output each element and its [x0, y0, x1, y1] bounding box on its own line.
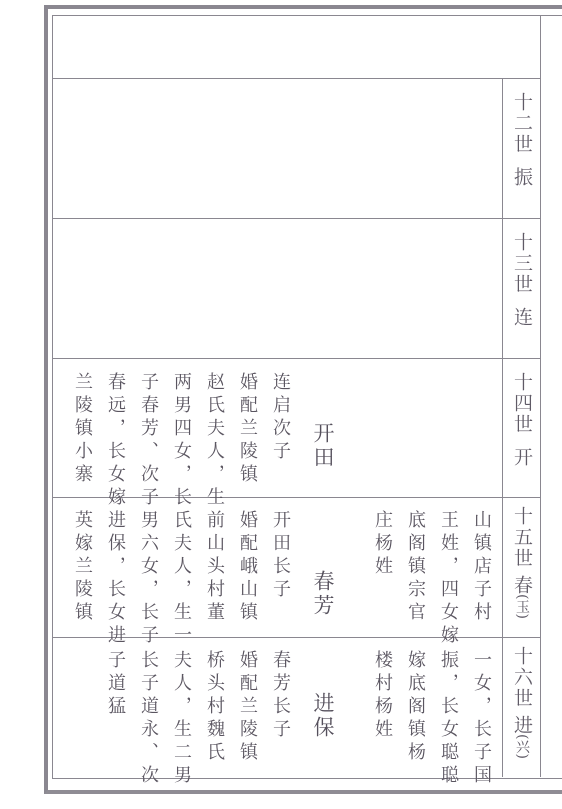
entry-text-column: 开田长子: [256, 510, 289, 602]
person-name: 春芳: [289, 570, 333, 618]
generation-label: 十三世: [512, 232, 531, 295]
generation-name: 进(兴): [512, 715, 531, 759]
entry-text-column: 长子道永、次: [124, 650, 157, 788]
entry-text-column: 连启次子: [256, 372, 289, 464]
entry-text-column: 进保，长女进: [91, 510, 124, 648]
entry-text-column: 婚配兰陵镇: [223, 650, 256, 765]
generation-15: 十五世 春(玉): [503, 506, 540, 636]
entry-text-column: 振，长女聪聪: [424, 650, 457, 788]
entry-kaitian: 开田 连启次子 婚配兰陵镇 赵氏夫人，生 两男四女，长 子春芳、次子 春远，长女…: [58, 372, 333, 510]
entry-text-column: 楼村杨姓: [358, 650, 391, 742]
entry-text-column: 夫人，生二男: [157, 650, 190, 788]
entry-text-column: 男六女，长子: [124, 510, 157, 648]
entry-text-column: 氏夫人，生一: [157, 510, 190, 648]
entry-text-column: 底阁镇宗官: [391, 510, 424, 625]
entry-text-column: 嫁底阁镇杨: [391, 650, 424, 765]
entry-text-column: 英嫁兰陵镇: [58, 510, 91, 625]
entry-text-column: 山镇店子村: [457, 510, 490, 625]
generation-16: 十六世 进(兴): [503, 646, 540, 776]
row-divider-1: [52, 218, 540, 219]
header-row-divider: [52, 78, 540, 79]
entry-text-column: 兰陵镇小寨: [58, 372, 91, 487]
entry-text-column: 赵氏夫人，生: [190, 372, 223, 510]
generation-label: 十二世: [512, 92, 531, 155]
entry-chunfang: 春芳 开田长子 婚配峨山镇 前山头村董 氏夫人，生一 男六女，长子 进保，长女进…: [58, 510, 333, 648]
person-name: 开田: [289, 422, 333, 470]
person-name: 进保: [289, 692, 333, 740]
right-margin-line: [540, 15, 541, 777]
generation-13: 十三世 连: [503, 232, 540, 356]
entry-jinbao: 进保 春芳长子 婚配兰陵镇 桥头村魏氏 夫人，生二男 长子道永、次 子道猛: [91, 650, 333, 788]
generation-label: 十六世: [512, 646, 531, 709]
entry-text-column: 前山头村董: [190, 510, 223, 625]
generation-12: 十二世 振: [503, 92, 540, 216]
entry-text-column: 春芳长子: [256, 650, 289, 742]
generation-14: 十四世 开: [503, 372, 540, 496]
generation-name: 连: [512, 307, 531, 326]
generation-name: 振: [512, 167, 531, 186]
entry-continuation-row16: 一女，长子国 振，长女聪聪 嫁底阁镇杨 楼村杨姓: [358, 650, 490, 788]
entry-text-column: 一女，长子国: [457, 650, 490, 788]
row-divider-2: [52, 358, 540, 359]
generation-name: 春(玉): [512, 575, 531, 619]
entry-text-column: 婚配兰陵镇: [223, 372, 256, 487]
entry-text-column: 子道猛: [91, 650, 124, 719]
entry-text-column: 春远，长女嫁: [91, 372, 124, 510]
entry-text-column: 婚配峨山镇: [223, 510, 256, 625]
entry-text-column: 庄杨姓: [358, 510, 391, 579]
generation-label: 十五世: [512, 506, 531, 569]
header-cell: [53, 16, 539, 77]
entry-continuation-row15: 山镇店子村 王姓，四女嫁 底阁镇宗官 庄杨姓: [358, 510, 490, 648]
entry-text-column: 两男四女，长: [157, 372, 190, 510]
entry-text-column: 桥头村魏氏: [190, 650, 223, 765]
entry-text-column: 王姓，四女嫁: [424, 510, 457, 648]
entry-text-column: 子春芳、次子: [124, 372, 157, 510]
generation-name: 开: [512, 447, 531, 466]
generation-label: 十四世: [512, 372, 531, 435]
